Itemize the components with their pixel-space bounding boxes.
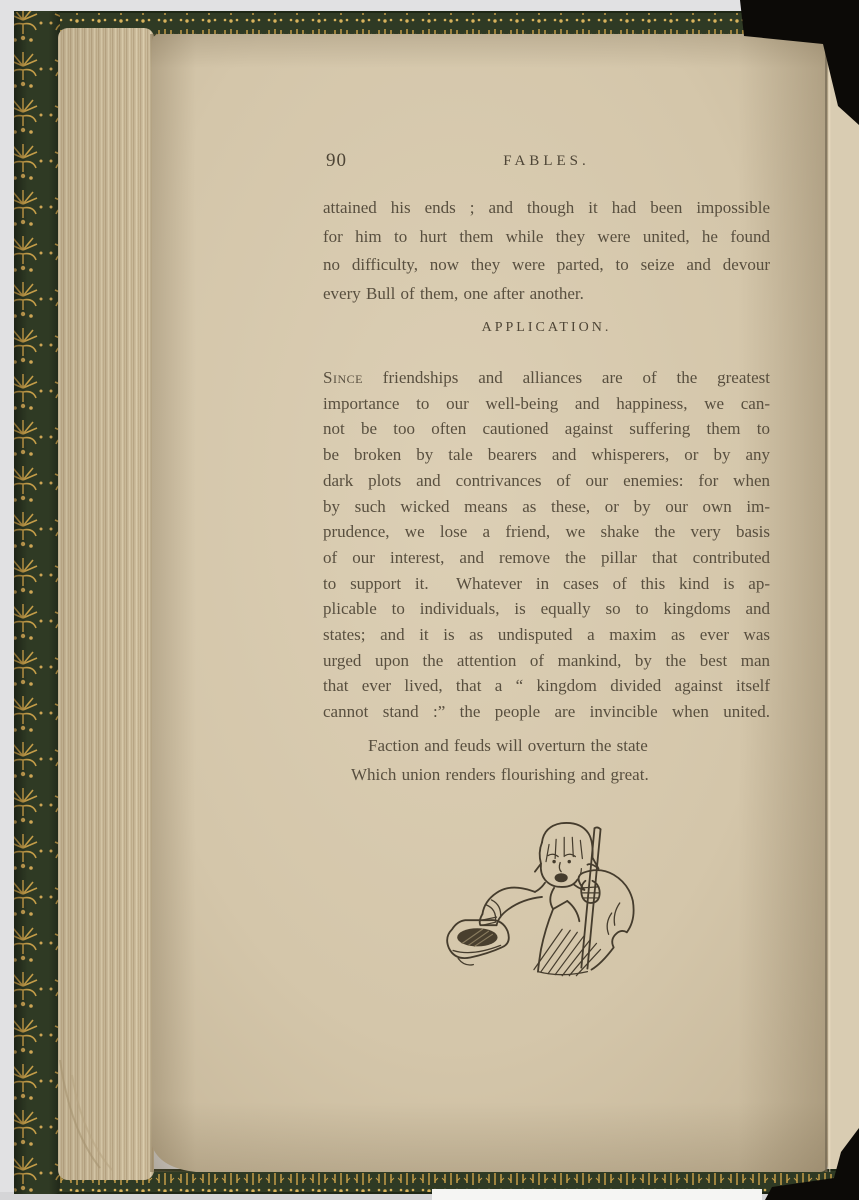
small-caps-word: Since — [323, 368, 363, 387]
text-line: to support it. Whatever in cases of this… — [323, 571, 770, 597]
application-heading: APPLICATION. — [323, 320, 770, 336]
bottom-page-sliver — [432, 1189, 762, 1200]
text-line: urged upon the attention of mankind, by … — [323, 648, 770, 674]
running-header: FABLES. — [323, 153, 770, 170]
text-line: Since friendships and alliances are of t… — [323, 365, 770, 391]
moral-verse: Faction and feuds will overturn the stat… — [323, 731, 815, 789]
text-line: for him to hurt them while they were uni… — [323, 223, 770, 252]
text-line: by such wicked means as these, or by our… — [323, 494, 770, 520]
begging-hat — [447, 920, 509, 965]
text-line: Faction and feuds will overturn the stat… — [368, 731, 815, 760]
application-paragraph: Since friendships and alliances are of t… — [323, 365, 770, 725]
beggar-woodcut-svg — [440, 816, 647, 990]
page-header: 90 FABLES. — [323, 150, 770, 176]
text-line: of our interest, and remove the pillar t… — [323, 545, 770, 571]
book-photo: 90 FABLES. attained his ends ; and thoug… — [0, 0, 859, 1200]
text-line: not be too often cautioned against suffe… — [323, 416, 770, 442]
text-line: no difficulty, now they were parted, to … — [323, 251, 770, 280]
text-line: prudence, we lose a friend, we shake the… — [323, 519, 770, 545]
text-line: plicable to individuals, is equally so t… — [323, 596, 770, 622]
beggar-figure — [480, 823, 634, 976]
text-line: importance to our well-being and happine… — [323, 391, 770, 417]
text-line: that ever lived, that a “ kingdom divide… — [323, 673, 770, 699]
text-line: be broken by tale bearers and whisperers… — [323, 442, 770, 468]
fable-ending-paragraph: attained his ends ; and though it had be… — [323, 194, 770, 308]
woodcut-illustration — [440, 816, 647, 990]
book-page: 90 FABLES. attained his ends ; and thoug… — [150, 36, 828, 1172]
text-line: Which union renders flourishing and grea… — [351, 760, 815, 789]
text-line: dark plots and contrivances of our enemi… — [323, 468, 770, 494]
facing-page-sliver — [828, 24, 859, 1186]
text-line: attained his ends ; and though it had be… — [323, 194, 770, 223]
text-line: cannot stand :” the people are invincibl… — [323, 699, 770, 725]
text-line: every Bull of them, one after another. — [323, 280, 770, 309]
text-line: states; and it is as undisputed a maxim … — [323, 622, 770, 648]
